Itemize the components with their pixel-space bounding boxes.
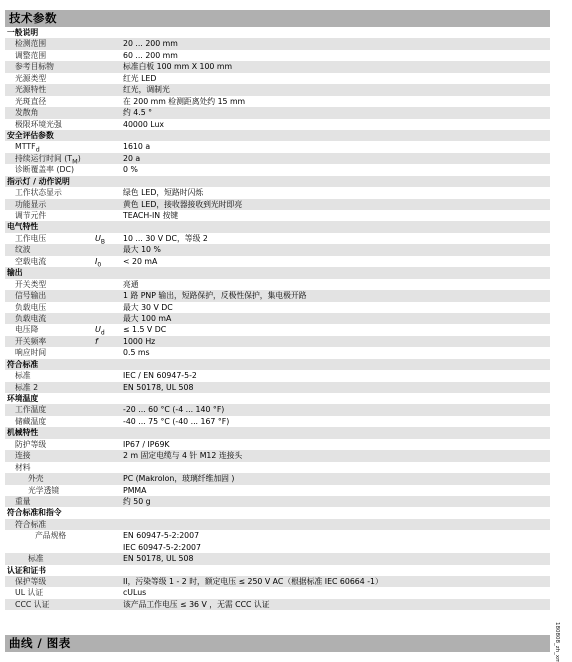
spec-row: 诊断覆盖率 (DC)0 %	[5, 164, 550, 175]
label-text: 检测范围	[15, 39, 46, 48]
value-line: 1610 a	[123, 141, 150, 152]
spec-row: 调整范围60 ... 200 mm	[5, 50, 550, 61]
spec-label: 工作电压	[15, 233, 46, 244]
technical-data-header: 技术参数	[5, 10, 550, 27]
value-line: 20 ... 200 mm	[123, 38, 178, 49]
label-text: 符合标准	[15, 520, 46, 529]
section-title: 环境温度	[7, 393, 38, 404]
label-text: 持续运行时间 (T	[15, 154, 72, 163]
label-text: 工作电压	[15, 234, 46, 243]
label-suffix: )	[78, 154, 81, 163]
label-text: 外壳	[28, 474, 44, 483]
section-title: 一般说明	[7, 27, 38, 38]
spec-label: 调整范围	[15, 50, 46, 61]
spec-value: 2 m 固定电缆与 4 针 M12 连接头	[123, 450, 242, 461]
spec-label: 参考目标物	[15, 61, 54, 72]
spec-label: 标准 2	[15, 382, 38, 393]
spec-label: 储藏温度	[15, 416, 46, 427]
value-line: 最大 10 %	[123, 244, 161, 255]
spec-value: IEC / EN 60947-5-2	[123, 370, 197, 381]
label-text: 纹波	[15, 245, 31, 254]
label-text: 极限环境光强	[15, 120, 62, 129]
value-line: < 20 mA	[123, 256, 157, 267]
label-text: 机械特性	[7, 428, 38, 437]
spec-value: EN 50178, UL 508	[123, 382, 193, 393]
value-line: 亮通	[123, 279, 139, 290]
spec-value: 20 a	[123, 153, 140, 164]
section-title: 安全评估参数	[7, 130, 54, 141]
spec-row: 信号输出1 路 PNP 输出，短路保护，反极性保护，集电极开路	[5, 290, 550, 301]
section-header: 电气特性	[5, 221, 550, 232]
value-line: 绿色 LED，短路时闪烁	[123, 187, 203, 198]
label-text: 标准	[15, 371, 31, 380]
spec-row: 储藏温度-40 ... 75 °C (-40 ... 167 °F)	[5, 416, 550, 427]
spec-row: 保护等级II，污染等级 1 - 2 时，额定电压 ≤ 250 V AC（根据标准…	[5, 576, 550, 587]
value-line: EN 50178, UL 508	[123, 553, 193, 564]
section-title: 电气特性	[7, 221, 38, 232]
spec-row: 产品规格EN 60947-5-2:2007IEC 60947-5-2:2007	[5, 530, 550, 553]
spec-label: 纹波	[15, 244, 31, 255]
value-line: 40000 Lux	[123, 119, 164, 130]
spec-value: 最大 30 V DC	[123, 302, 173, 313]
spec-label: 保护等级	[15, 576, 46, 587]
spec-row: 重量约 50 g	[5, 496, 550, 507]
spec-row: 标准EN 50178, UL 508	[5, 553, 550, 564]
spec-label: 标准	[28, 553, 44, 564]
value-line: PMMA	[123, 485, 147, 496]
value-line: 1 路 PNP 输出，短路保护，反极性保护，集电极开路	[123, 290, 307, 301]
spec-value: 约 4.5 °	[123, 107, 152, 118]
label-text: 材料	[15, 463, 31, 472]
spec-label: 空载电流	[15, 256, 46, 267]
label-text: 电气特性	[7, 222, 38, 231]
value-line: 约 4.5 °	[123, 107, 152, 118]
spec-row: 连接2 m 固定电缆与 4 针 M12 连接头	[5, 450, 550, 461]
spec-value: 0.5 ms	[123, 347, 150, 358]
label-text: 储藏温度	[15, 417, 46, 426]
spec-row: 功能显示黄色 LED，接收器接收到光时即亮	[5, 199, 550, 210]
label-text: 一般说明	[7, 28, 38, 37]
spec-label: CCC 认证	[15, 599, 49, 610]
section-header: 环境温度	[5, 393, 550, 404]
spec-value: ≤ 1.5 V DC	[123, 324, 166, 335]
value-line: 0.5 ms	[123, 347, 150, 358]
label-text: 调整范围	[15, 51, 46, 60]
label-text: 光学透镜	[28, 486, 59, 495]
spec-row: 工作温度-20 ... 60 °C (-4 ... 140 °F)	[5, 404, 550, 415]
label-text: MTTF	[15, 142, 36, 151]
value-line: 60 ... 200 mm	[123, 50, 178, 61]
label-text: 空载电流	[15, 257, 46, 266]
label-text: UL 认证	[15, 588, 43, 597]
symbol-text: f	[95, 337, 98, 346]
spec-row: CCC 认证该产品工作电压 ≤ 36 V ，无需 CCC 认证	[5, 599, 550, 610]
label-text: 响应时间	[15, 348, 46, 357]
spec-value: < 20 mA	[123, 256, 157, 267]
section-header: 机械特性	[5, 427, 550, 438]
section-header: 一般说明	[5, 27, 550, 38]
spec-row: 负载电压最大 30 V DC	[5, 302, 550, 313]
label-text: 参考目标物	[15, 62, 54, 71]
spec-value: EN 50178, UL 508	[123, 553, 193, 564]
spec-row: 负载电流最大 100 mA	[5, 313, 550, 324]
spec-value: 约 50 g	[123, 496, 151, 507]
spec-value: PMMA	[123, 485, 147, 496]
spec-value: -40 ... 75 °C (-40 ... 167 °F)	[123, 416, 229, 427]
spec-row: 标准IEC / EN 60947-5-2	[5, 370, 550, 381]
spec-label: 光斑直径	[15, 96, 46, 107]
spec-value: II，污染等级 1 - 2 时，额定电压 ≤ 250 V AC（根据标准 IEC…	[123, 576, 383, 587]
spec-value: 10 ... 30 V DC，等级 2	[123, 233, 208, 244]
spec-value: 1000 Hz	[123, 336, 155, 347]
spec-value: cULus	[123, 587, 146, 598]
label-text: 电压降	[15, 325, 38, 334]
spec-label: UL 认证	[15, 587, 43, 598]
section-title: 符合标准	[7, 359, 38, 370]
label-text: 发散角	[15, 108, 38, 117]
value-line: EN 50178, UL 508	[123, 382, 193, 393]
spec-row: 开关类型亮通	[5, 279, 550, 290]
label-text: 诊断覆盖率 (DC)	[15, 165, 74, 174]
value-line: 该产品工作电压 ≤ 36 V ，无需 CCC 认证	[123, 599, 270, 610]
value-line: cULus	[123, 587, 146, 598]
value-line: PC (Makrolon，玻璃纤维加固 )	[123, 473, 234, 484]
label-text: 工作状态显示	[15, 188, 62, 197]
section-header: 安全评估参数	[5, 130, 550, 141]
spec-value: 1610 a	[123, 141, 150, 152]
spec-row: 光斑直径在 200 mm 检测距离处约 15 mm	[5, 96, 550, 107]
section-header: 输出	[5, 267, 550, 278]
label-text: 光源特性	[15, 85, 46, 94]
value-line: IP67 / IP69K	[123, 439, 170, 450]
label-text: 工作温度	[15, 405, 46, 414]
spec-value: 标准白板 100 mm X 100 mm	[123, 61, 232, 72]
spec-label: 光源特性	[15, 84, 46, 95]
label-text: 重量	[15, 497, 31, 506]
spec-row: 标准 2EN 50178, UL 508	[5, 382, 550, 393]
label-text: 安全评估参数	[7, 131, 54, 140]
spec-label: 信号输出	[15, 290, 46, 301]
label-text: 符合标准和指令	[7, 508, 62, 517]
spec-row: 响应时间0.5 ms	[5, 347, 550, 358]
value-line: 红光 LED	[123, 73, 156, 84]
label-text: 开关频率	[15, 337, 46, 346]
spec-label: 发散角	[15, 107, 38, 118]
spec-row: 纹波最大 10 %	[5, 244, 550, 255]
spec-value: 60 ... 200 mm	[123, 50, 178, 61]
spec-label: 工作状态显示	[15, 187, 62, 198]
value-line: IEC / EN 60947-5-2	[123, 370, 197, 381]
value-line: TEACH-IN 按键	[123, 210, 178, 221]
spec-value: 在 200 mm 检测距离处约 15 mm	[123, 96, 245, 107]
spec-row: 电压降Ud≤ 1.5 V DC	[5, 324, 550, 335]
spec-value: 40000 Lux	[123, 119, 164, 130]
spec-value: 红光，调制光	[123, 84, 170, 95]
section-title: 指示灯 / 动作说明	[7, 176, 70, 187]
spec-value: -20 ... 60 °C (-4 ... 140 °F)	[123, 404, 224, 415]
spec-row: 发散角约 4.5 °	[5, 107, 550, 118]
label-text: 标准 2	[15, 383, 38, 392]
value-line: 最大 100 mA	[123, 313, 171, 324]
label-text: 防护等级	[15, 440, 46, 449]
value-line: 标准白板 100 mm X 100 mm	[123, 61, 232, 72]
value-line: 在 200 mm 检测距离处约 15 mm	[123, 96, 245, 107]
spec-row: 工作电压UB10 ... 30 V DC，等级 2	[5, 233, 550, 244]
spec-row: 空载电流I0< 20 mA	[5, 256, 550, 267]
section-header: 认证和证书	[5, 565, 550, 576]
value-line: 黄色 LED，接收器接收到光时即亮	[123, 199, 242, 210]
spec-value: 该产品工作电压 ≤ 36 V ，无需 CCC 认证	[123, 599, 270, 610]
spec-value: 0 %	[123, 164, 138, 175]
spec-label: 外壳	[28, 473, 44, 484]
spec-row: 极限环境光强40000 Lux	[5, 119, 550, 130]
label-text: 光源类型	[15, 74, 46, 83]
spec-label: 极限环境光强	[15, 119, 62, 130]
label-text: 信号输出	[15, 291, 46, 300]
value-line: IEC 60947-5-2:2007	[123, 542, 201, 553]
label-text: 负载电压	[15, 303, 46, 312]
label-text: 标准	[28, 554, 44, 563]
spec-row: 光源类型红光 LED	[5, 73, 550, 84]
label-text: 保护等级	[15, 577, 46, 586]
spec-value: TEACH-IN 按键	[123, 210, 178, 221]
section-header: 指示灯 / 动作说明	[5, 176, 550, 187]
spec-label: 诊断覆盖率 (DC)	[15, 164, 74, 175]
value-line: -40 ... 75 °C (-40 ... 167 °F)	[123, 416, 229, 427]
spec-value: 20 ... 200 mm	[123, 38, 178, 49]
label-text: 输出	[7, 268, 23, 277]
label-text: 环境温度	[7, 394, 38, 403]
spec-label: 重量	[15, 496, 31, 507]
spec-label: 防护等级	[15, 439, 46, 450]
label-text: 连接	[15, 451, 31, 460]
label-text: CCC 认证	[15, 600, 49, 609]
spec-row: 调节元件TEACH-IN 按键	[5, 210, 550, 221]
value-line: -20 ... 60 °C (-4 ... 140 °F)	[123, 404, 224, 415]
section-title: 机械特性	[7, 427, 38, 438]
spec-value: 1 路 PNP 输出，短路保护，反极性保护，集电极开路	[123, 290, 307, 301]
spec-row: MTTFd1610 a	[5, 141, 550, 152]
spec-row: 材料	[5, 462, 550, 473]
section-title: 认证和证书	[7, 565, 46, 576]
spec-row: 开关频率f1000 Hz	[5, 336, 550, 347]
spec-label: 开关类型	[15, 279, 46, 290]
spec-label: 响应时间	[15, 347, 46, 358]
spec-row: 光源特性红光，调制光	[5, 84, 550, 95]
label-text: 调节元件	[15, 211, 46, 220]
value-line: 10 ... 30 V DC，等级 2	[123, 233, 208, 244]
spec-value: 绿色 LED，短路时闪烁	[123, 187, 203, 198]
spec-label: 功能显示	[15, 199, 46, 210]
spec-row: 符合标准	[5, 519, 550, 530]
label-text: 符合标准	[7, 360, 38, 369]
spec-label: 调节元件	[15, 210, 46, 221]
spec-value: 亮通	[123, 279, 139, 290]
spec-symbol: f	[95, 336, 98, 347]
spec-label: 材料	[15, 462, 31, 473]
spec-label: 符合标准	[15, 519, 46, 530]
spec-value: 最大 10 %	[123, 244, 161, 255]
spec-label: 工作温度	[15, 404, 46, 415]
spec-label: 标准	[15, 370, 31, 381]
spec-row: 检测范围20 ... 200 mm	[5, 38, 550, 49]
spec-value: PC (Makrolon，玻璃纤维加固 )	[123, 473, 234, 484]
value-line: 约 50 g	[123, 496, 151, 507]
value-line: 2 m 固定电缆与 4 针 M12 连接头	[123, 450, 242, 461]
section-header: 符合标准和指令	[5, 507, 550, 518]
value-line: 0 %	[123, 164, 138, 175]
spec-value: 红光 LED	[123, 73, 156, 84]
spec-row: 光学透镜PMMA	[5, 485, 550, 496]
spec-row: 外壳PC (Makrolon，玻璃纤维加固 )	[5, 473, 550, 484]
value-line: 20 a	[123, 153, 140, 164]
spec-label: 负载电压	[15, 302, 46, 313]
spec-value: EN 60947-5-2:2007IEC 60947-5-2:2007	[123, 530, 201, 553]
spec-value: IP67 / IP69K	[123, 439, 170, 450]
spec-label: 检测范围	[15, 38, 46, 49]
spec-label: 负载电流	[15, 313, 46, 324]
spec-label: 产品规格	[35, 530, 66, 541]
value-line: II，污染等级 1 - 2 时，额定电压 ≤ 250 V AC（根据标准 IEC…	[123, 576, 383, 587]
label-text: 开关类型	[15, 280, 46, 289]
curves-charts-header: 曲线 / 图表	[5, 635, 550, 652]
spec-label: 光学透镜	[28, 485, 59, 496]
spec-row: UL 认证cULus	[5, 587, 550, 598]
document-code: 180808_zh_xml	[554, 622, 560, 662]
spec-label: 连接	[15, 450, 31, 461]
spec-value: 黄色 LED，接收器接收到光时即亮	[123, 199, 242, 210]
section-header: 符合标准	[5, 359, 550, 370]
spec-row: 防护等级IP67 / IP69K	[5, 439, 550, 450]
spec-table: 一般说明检测范围20 ... 200 mm调整范围60 ... 200 mm参考…	[5, 27, 550, 610]
spec-label: 电压降	[15, 324, 38, 335]
label-text: 认证和证书	[7, 566, 46, 575]
spec-row: 持续运行时间 (TM)20 a	[5, 153, 550, 164]
spec-row: 参考目标物标准白板 100 mm X 100 mm	[5, 61, 550, 72]
value-line: ≤ 1.5 V DC	[123, 324, 166, 335]
value-line: 1000 Hz	[123, 336, 155, 347]
label-text: 功能显示	[15, 200, 46, 209]
spec-label: 光源类型	[15, 73, 46, 84]
spec-row: 工作状态显示绿色 LED，短路时闪烁	[5, 187, 550, 198]
value-line: 红光，调制光	[123, 84, 170, 95]
label-text: 指示灯 / 动作说明	[7, 177, 70, 186]
section-title: 符合标准和指令	[7, 507, 62, 518]
spec-label: 开关频率	[15, 336, 46, 347]
value-line: 最大 30 V DC	[123, 302, 173, 313]
section-title: 输出	[7, 267, 23, 278]
label-text: 光斑直径	[15, 97, 46, 106]
label-text: 产品规格	[35, 531, 66, 540]
spec-value: 最大 100 mA	[123, 313, 171, 324]
label-text: 负载电流	[15, 314, 46, 323]
value-line: EN 60947-5-2:2007	[123, 530, 201, 541]
